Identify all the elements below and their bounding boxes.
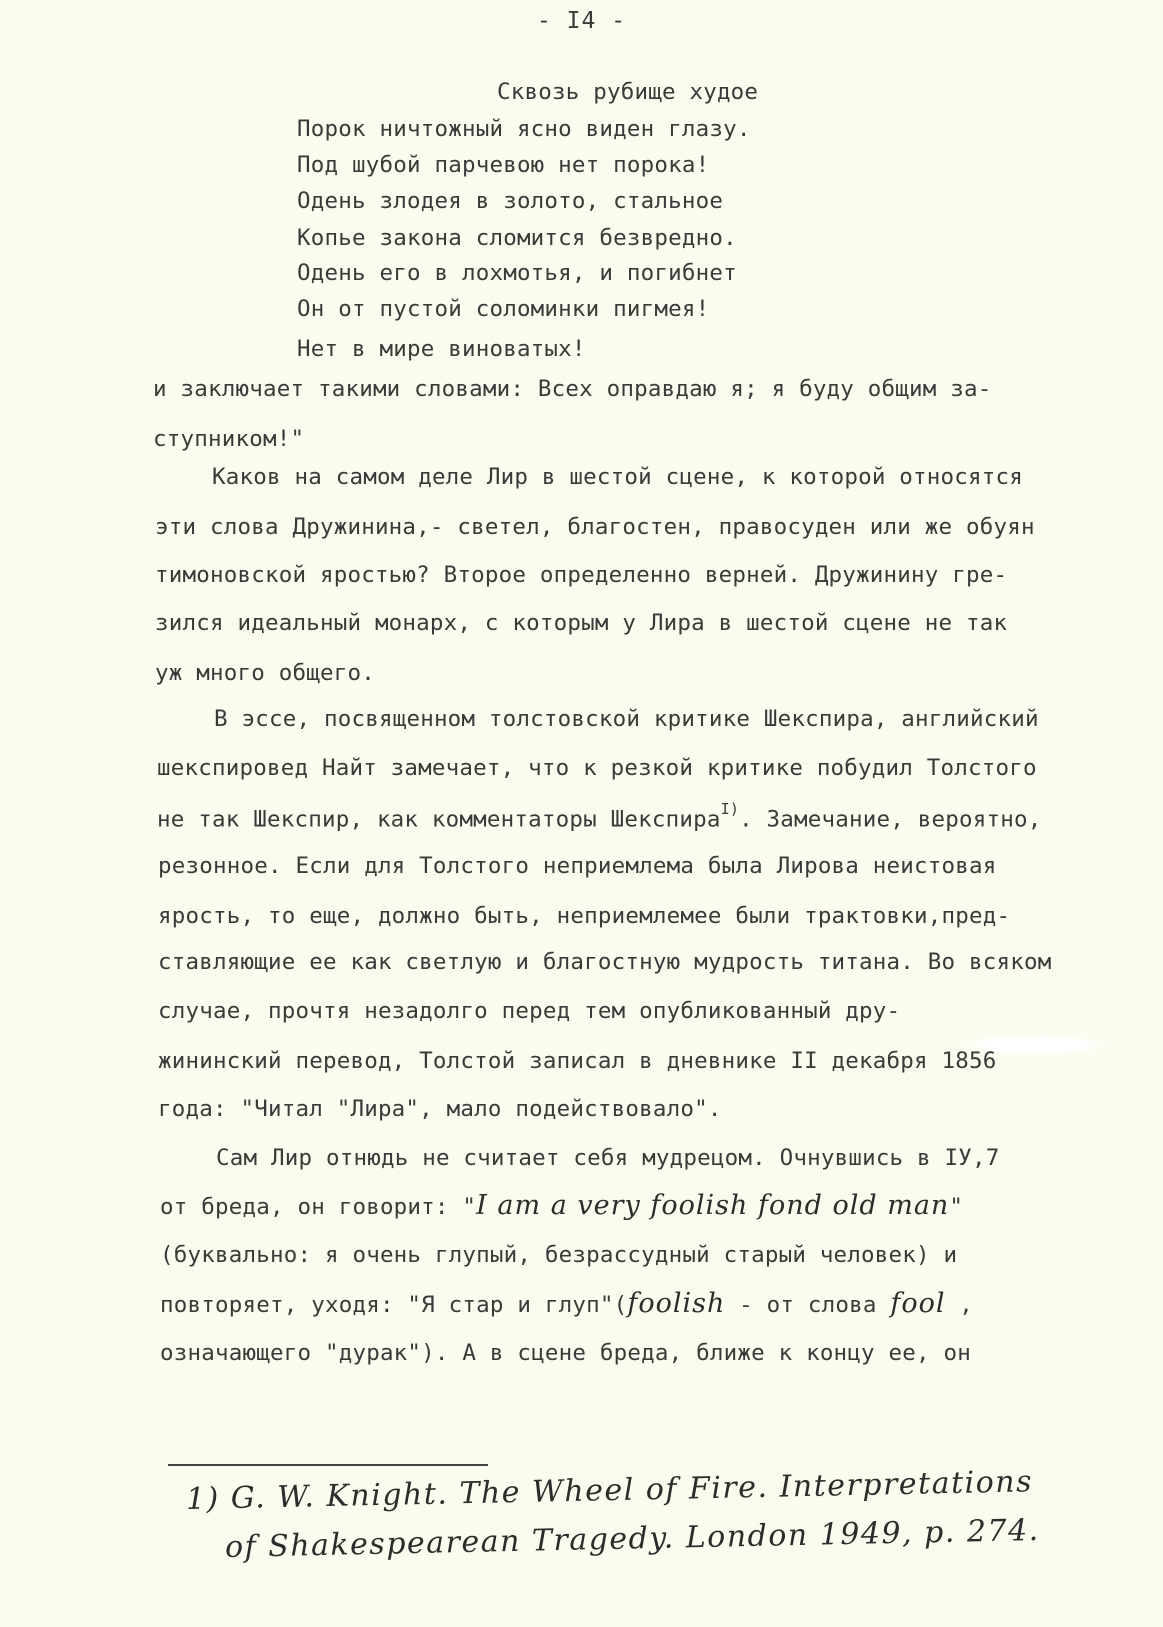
handwritten-word: fool	[890, 1288, 945, 1319]
footnote-divider	[168, 1464, 488, 1466]
handwritten-word: foolish	[627, 1288, 725, 1319]
text-fragment: . Замечание, вероятно,	[739, 807, 1041, 833]
text-line: года: "Читал "Лира", мало подействовало"…	[158, 1098, 722, 1121]
footnote-reference[interactable]: I)	[721, 800, 739, 818]
text-line: жининский перевод, Толстой записал в дне…	[158, 1050, 997, 1073]
text-line: случае, прочтя незадолго перед тем опубл…	[158, 1000, 900, 1023]
text-fragment: не так Шекспир, как комментаторы Шекспир…	[157, 807, 721, 833]
text-line: и заключает такими словами: Всех оправда…	[153, 378, 992, 401]
paragraph-start: Каков на самом деле Лир в шестой сцене, …	[212, 466, 1023, 489]
text-fragment: ,	[946, 1292, 974, 1318]
text-line: резонное. Если для Толстого неприемлема …	[158, 855, 997, 878]
text-line: ступником!"	[153, 428, 304, 451]
text-line: тимоновской яростью? Второе определенно …	[155, 564, 1007, 587]
text-line: означающего "дурак"). А в сцене бреда, б…	[160, 1342, 971, 1365]
footnote-line: 1) G. W. Knight. The Wheel of Fire. Inte…	[186, 1464, 1034, 1517]
page-number: - I4 -	[0, 8, 1163, 34]
text-line: повторяет, уходя: "Я стар и глуп"(foolis…	[160, 1290, 973, 1317]
verse-line: Нет в мире виноватых!	[297, 338, 586, 361]
paragraph-start: В эссе, посвященном толстовской критике …	[214, 708, 1039, 731]
verse-line: Порок ничтожный ясно виден глазу.	[297, 118, 751, 141]
footnote-line: of Shakespearean Tragedy. London 1949, p…	[225, 1513, 1040, 1565]
verse-line: Под шубой парчевою нет порока!	[297, 154, 709, 177]
verse-line: Одень злодея в золото, стальное	[297, 190, 723, 213]
text-fragment: - от слова	[725, 1292, 890, 1318]
text-line: уж много общего.	[155, 662, 375, 685]
handwritten-quote: I am a very foolish fond old man	[476, 1190, 949, 1221]
verse-line: Одень его в лохмотья, и погибнет	[297, 262, 737, 285]
text-fragment: "	[949, 1194, 963, 1220]
text-fragment: от бреда, он говорит: "	[160, 1194, 476, 1220]
text-line: (буквально: я очень глупый, безрассудный…	[160, 1244, 957, 1267]
text-line: шекспировед Найт замечает, что к резкой …	[157, 757, 1037, 780]
text-line: эти слова Дружинина,- светел, благостен,…	[155, 516, 1035, 539]
text-line: зился идеальный монарх, с которым у Лира…	[155, 612, 1007, 635]
verse-line: Сквозь рубище худое	[497, 81, 758, 104]
verse-line: Копье закона сломится безвредно.	[297, 227, 737, 250]
text-line: ставляющие ее как светлую и благостную м…	[158, 951, 1052, 974]
text-line: не так Шекспир, как комментаторы Шекспир…	[157, 806, 1041, 831]
paragraph-start: Сам Лир отнюдь не считает себя мудрецом.…	[216, 1147, 1000, 1170]
verse-line: Он от пустой соломинки пигмея!	[297, 298, 709, 321]
text-fragment: повторяет, уходя: "Я стар и глуп"(	[160, 1292, 627, 1318]
text-line: от бреда, он говорит: "I am a very fooli…	[160, 1192, 963, 1219]
text-line: ярость, то еще, должно быть, неприемлеме…	[158, 905, 1010, 928]
